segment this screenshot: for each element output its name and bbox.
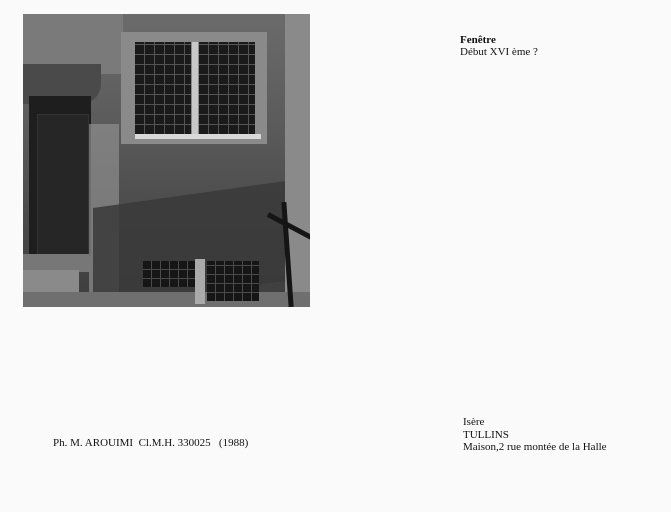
cellar-post [195,259,205,304]
cellar-grille-right [207,261,259,301]
window-right-pane [199,42,255,134]
window-sill [135,134,261,139]
window-facade-photo [23,14,310,307]
location-department: Isère [463,416,607,429]
cellar-grille-left [143,261,195,287]
location-address: Maison,2 rue montée de la Halle [463,441,607,454]
caption-date: Début XVI ème ? [460,46,538,58]
photo-credit: Ph. M. AROUIMI Cl.M.H. 330025 (1988) [53,437,248,449]
location-block: Isère TULLINS Maison,2 rue montée de la … [463,416,607,454]
ground [23,292,310,307]
caption-title: Fenêtre [460,34,496,46]
step [23,270,79,292]
location-town: TULLINS [463,429,607,442]
door [37,114,89,256]
window-mullion [192,42,198,137]
rock-base [93,180,293,307]
window-left-pane [135,42,191,134]
